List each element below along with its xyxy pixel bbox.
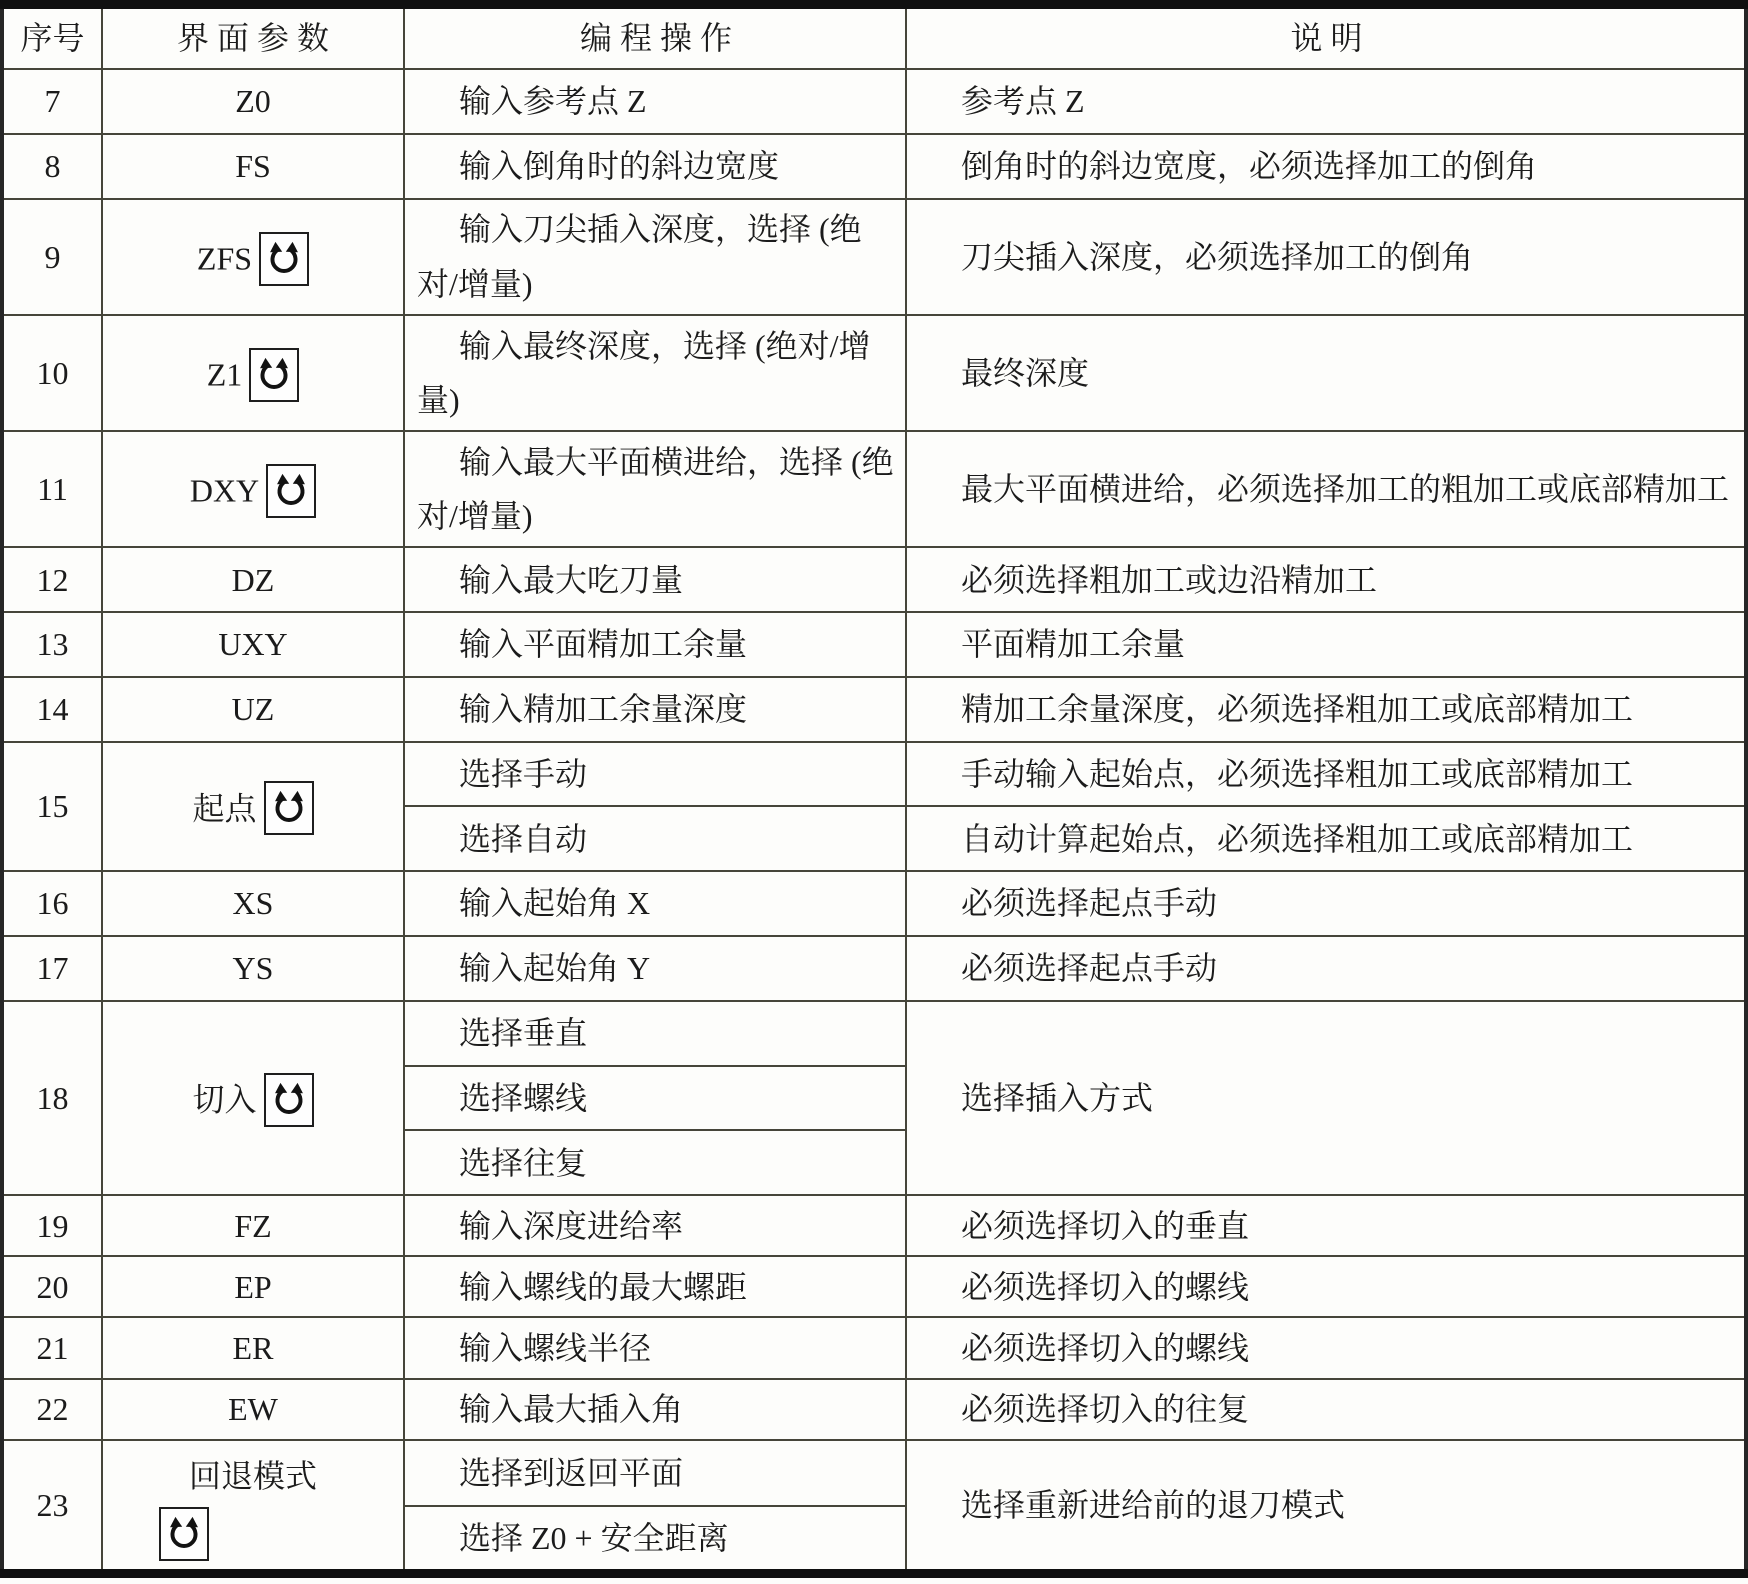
cell-operation: 输入刀尖插入深度，选择 (绝对/增量) xyxy=(404,199,906,315)
cell-description: 手动输入起始点，必须选择粗加工或底部精加工 xyxy=(906,742,1746,807)
cell-param: 回退模式 xyxy=(102,1440,404,1574)
param-label: 回退模式 xyxy=(103,1449,403,1503)
table-row: 14 UZ 输入精加工余量深度 精加工余量深度，必须选择粗加工或底部精加工 xyxy=(2,677,1746,742)
cell-param: FZ xyxy=(102,1195,404,1256)
cell-param: ZFS xyxy=(102,199,404,315)
cell-operation: 选择螺线 xyxy=(404,1066,906,1131)
cell-description: 精加工余量深度，必须选择粗加工或底部精加工 xyxy=(906,677,1746,742)
cell-description: 自动计算起始点，必须选择粗加工或底部精加工 xyxy=(906,806,1746,871)
table-row: 11 DXY 输入最大平面横进给，选择 (绝对/增量) 最大平面横进给，必须选择… xyxy=(2,431,1746,547)
cell-operation: 选择手动 xyxy=(404,742,906,807)
cell-operation: 输入螺线半径 xyxy=(404,1317,906,1378)
param-label: DXY xyxy=(190,473,259,509)
cell-seq: 18 xyxy=(2,1001,102,1195)
table-row: 13 UXY 输入平面精加工余量 平面精加工余量 xyxy=(2,612,1746,677)
cell-operation: 输入螺线的最大螺距 xyxy=(404,1256,906,1317)
table-row: 19 FZ 输入深度进给率 必须选择切入的垂直 xyxy=(2,1195,1746,1256)
cell-operation: 选择 Z0 + 安全距离 xyxy=(404,1506,906,1573)
cell-description: 必须选择切入的往复 xyxy=(906,1379,1746,1440)
cell-param: DZ xyxy=(102,547,404,612)
cell-description: 必须选择起点手动 xyxy=(906,936,1746,1001)
document-page: 序号 界 面 参 数 编 程 操 作 说 明 7 Z0 输入参考点 Z 参考点 … xyxy=(0,0,1748,1584)
cell-seq: 7 xyxy=(2,69,102,134)
header-seq: 序号 xyxy=(2,5,102,70)
table-row: 10 Z1 输入最终深度，选择 (绝对/增量) 最终深度 xyxy=(2,315,1746,431)
cell-param: FS xyxy=(102,134,404,199)
cell-operation: 输入起始角 Y xyxy=(404,936,906,1001)
table-row: 21 ER 输入螺线半径 必须选择切入的螺线 xyxy=(2,1317,1746,1378)
table-header-row: 序号 界 面 参 数 编 程 操 作 说 明 xyxy=(2,5,1746,70)
table-row: 16 XS 输入起始角 X 必须选择起点手动 xyxy=(2,871,1746,936)
rotate-select-icon xyxy=(264,1073,314,1127)
cell-param: XS xyxy=(102,871,404,936)
table-row: 15 起点 选择手动 手动输入起始点，必须选择粗加工或底部精加工 xyxy=(2,742,1746,807)
cell-seq: 12 xyxy=(2,547,102,612)
table-row: 20 EP 输入螺线的最大螺距 必须选择切入的螺线 xyxy=(2,1256,1746,1317)
cell-param: EW xyxy=(102,1379,404,1440)
cell-seq: 22 xyxy=(2,1379,102,1440)
cell-param: UXY xyxy=(102,612,404,677)
cell-seq: 13 xyxy=(2,612,102,677)
cell-description: 刀尖插入深度，必须选择加工的倒角 xyxy=(906,199,1746,315)
cell-operation: 选择垂直 xyxy=(404,1001,906,1066)
cell-description: 倒角时的斜边宽度，必须选择加工的倒角 xyxy=(906,134,1746,199)
cell-operation: 输入平面精加工余量 xyxy=(404,612,906,677)
cell-description: 必须选择起点手动 xyxy=(906,871,1746,936)
cell-seq: 16 xyxy=(2,871,102,936)
cell-operation: 输入倒角时的斜边宽度 xyxy=(404,134,906,199)
table-row: 23 回退模式 选择到返回平面 选择重新进给前的退刀模式 xyxy=(2,1440,1746,1507)
cell-seq: 14 xyxy=(2,677,102,742)
rotate-select-icon xyxy=(266,464,316,518)
header-description: 说 明 xyxy=(906,5,1746,70)
cell-seq: 21 xyxy=(2,1317,102,1378)
cell-operation: 输入深度进给率 xyxy=(404,1195,906,1256)
cell-seq: 11 xyxy=(2,431,102,547)
cell-description: 必须选择切入的螺线 xyxy=(906,1256,1746,1317)
cell-description: 平面精加工余量 xyxy=(906,612,1746,677)
cell-param: Z1 xyxy=(102,315,404,431)
table-row: 18 切入 选择垂直 选择插入方式 xyxy=(2,1001,1746,1066)
cell-param: 切入 xyxy=(102,1001,404,1195)
cell-param: YS xyxy=(102,936,404,1001)
cell-description: 选择重新进给前的退刀模式 xyxy=(906,1440,1746,1574)
cell-description: 必须选择粗加工或边沿精加工 xyxy=(906,547,1746,612)
cell-param: EP xyxy=(102,1256,404,1317)
cell-seq: 19 xyxy=(2,1195,102,1256)
cell-operation: 输入最大插入角 xyxy=(404,1379,906,1440)
cell-operation: 输入最大平面横进给，选择 (绝对/增量) xyxy=(404,431,906,547)
cell-param: Z0 xyxy=(102,69,404,134)
cell-description: 必须选择切入的螺线 xyxy=(906,1317,1746,1378)
cell-description: 选择插入方式 xyxy=(906,1001,1746,1195)
cell-param: 起点 xyxy=(102,742,404,872)
cell-seq: 10 xyxy=(2,315,102,431)
cell-param: UZ xyxy=(102,677,404,742)
table-row: 9 ZFS 输入刀尖插入深度，选择 (绝对/增量) 刀尖插入深度，必须选择加工的… xyxy=(2,199,1746,315)
cell-seq: 20 xyxy=(2,1256,102,1317)
cell-operation: 选择到返回平面 xyxy=(404,1440,906,1507)
rotate-select-icon xyxy=(264,781,314,835)
param-label: 切入 xyxy=(192,1082,256,1118)
param-label: ZFS xyxy=(197,240,252,276)
param-label: Z1 xyxy=(207,357,243,393)
cell-description: 参考点 Z xyxy=(906,69,1746,134)
parameters-table: 序号 界 面 参 数 编 程 操 作 说 明 7 Z0 输入参考点 Z 参考点 … xyxy=(0,0,1748,1578)
rotate-select-icon xyxy=(249,348,299,402)
rotate-select-icon xyxy=(159,1507,209,1561)
header-operation: 编 程 操 作 xyxy=(404,5,906,70)
table-row: 22 EW 输入最大插入角 必须选择切入的往复 xyxy=(2,1379,1746,1440)
cell-param: DXY xyxy=(102,431,404,547)
cell-seq: 15 xyxy=(2,742,102,872)
table-row: 7 Z0 输入参考点 Z 参考点 Z xyxy=(2,69,1746,134)
cell-operation: 输入精加工余量深度 xyxy=(404,677,906,742)
rotate-select-icon xyxy=(259,232,309,286)
cell-description: 最大平面横进给，必须选择加工的粗加工或底部精加工 xyxy=(906,431,1746,547)
header-param: 界 面 参 数 xyxy=(102,5,404,70)
param-label: 起点 xyxy=(192,790,256,826)
table-row: 12 DZ 输入最大吃刀量 必须选择粗加工或边沿精加工 xyxy=(2,547,1746,612)
cell-operation: 输入最终深度，选择 (绝对/增量) xyxy=(404,315,906,431)
cell-seq: 23 xyxy=(2,1440,102,1574)
cell-seq: 17 xyxy=(2,936,102,1001)
table-row: 8 FS 输入倒角时的斜边宽度 倒角时的斜边宽度，必须选择加工的倒角 xyxy=(2,134,1746,199)
cell-seq: 9 xyxy=(2,199,102,315)
cell-operation: 选择自动 xyxy=(404,806,906,871)
cell-description: 必须选择切入的垂直 xyxy=(906,1195,1746,1256)
cell-operation: 输入参考点 Z xyxy=(404,69,906,134)
cell-operation: 输入起始角 X xyxy=(404,871,906,936)
cell-param: ER xyxy=(102,1317,404,1378)
table-row: 17 YS 输入起始角 Y 必须选择起点手动 xyxy=(2,936,1746,1001)
cell-seq: 8 xyxy=(2,134,102,199)
cell-description: 最终深度 xyxy=(906,315,1746,431)
cell-operation: 输入最大吃刀量 xyxy=(404,547,906,612)
cell-operation: 选择往复 xyxy=(404,1130,906,1195)
